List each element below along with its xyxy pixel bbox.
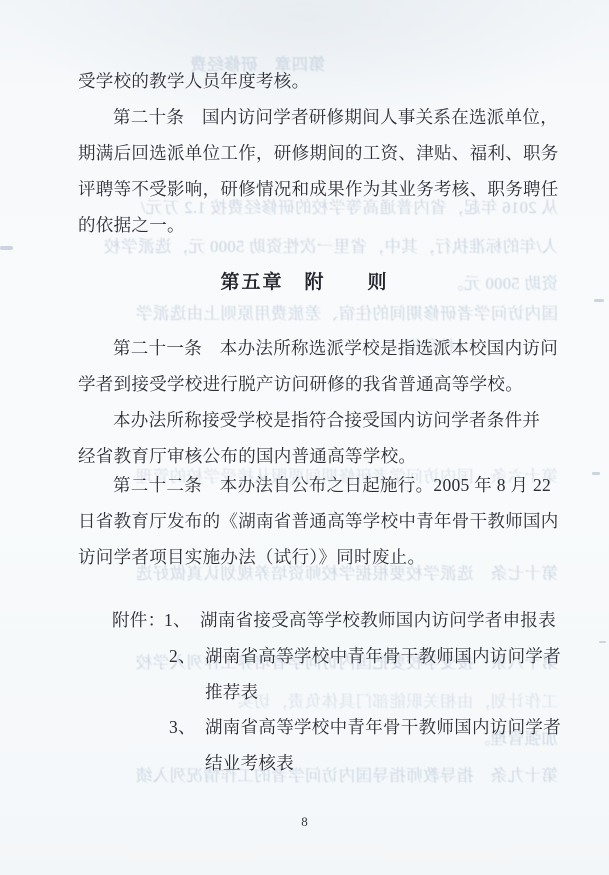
- scan-smudge: [599, 641, 606, 643]
- article-21-line-1: 第二十一条 本办法所称选派学校是指选派本校国内访问: [113, 337, 558, 360]
- bleedthrough-line: 工作计划，由相关职能部门具体负责，切实: [78, 691, 558, 713]
- scan-smudge: [594, 299, 604, 302]
- page-number: 8: [0, 814, 609, 830]
- attachment-3-title-line1: 湖南省高等学校中青年骨干教师国内访问学者: [205, 716, 561, 739]
- article-20-line-2: 期满后回选派单位工作，研修期间的工资、津贴、福利、职务: [78, 142, 559, 165]
- scan-smudge: [0, 246, 13, 250]
- attachment-3-number: 3、: [169, 716, 196, 739]
- article-21-line-3: 本办法所称接受学校是指符合接受国内访问学者条件并: [113, 409, 540, 432]
- article-20-line-1: 第二十条 国内访问学者研修期间人事关系在选派单位，: [113, 106, 558, 129]
- bleedthrough-line: 人/年的标准执行，其中，省里一次性资助 5000 元，选派学校: [78, 236, 558, 258]
- article-21-line-4: 经省教育厅审核公布的国内普通高等学校。: [78, 445, 416, 468]
- bleedthrough-line: 第十九条 指导教师指导国内访问学者的工作情况列入绩: [78, 765, 558, 787]
- article-22-line-1: 第二十二条 本办法自公布之日起施行。2005 年 8 月 22: [113, 474, 551, 497]
- scan-smudge: [592, 472, 600, 475]
- attachment-2-number: 2、: [169, 645, 196, 668]
- article-21-line-2: 学者到接受学校进行脱产访问研修的我省普通高等学校。: [78, 373, 523, 396]
- article-22-line-3: 访问学者项目实施办法（试行）》同时废止。: [78, 546, 425, 569]
- bleedthrough-line: 国内访问学者研修期间的住宿、差旅费用原则上由选派学: [78, 303, 558, 325]
- attachment-2-title-line2: 推荐表: [205, 681, 258, 704]
- attachment-3-title-line2: 结业考核表: [205, 752, 294, 775]
- attachment-2-title-line1: 湖南省高等学校中青年骨干教师国内访问学者: [205, 645, 561, 668]
- article-20-line-4: 的依据之一。: [78, 214, 185, 237]
- scanned-document-page: 第四章 研修经费 从 2016 年起，省内普通高等学校的研修经费按 1.2 万元…: [0, 0, 609, 875]
- body-line-continuation: 受学校的教学人员年度考核。: [78, 70, 309, 93]
- chapter-5-heading: 第五章 附 则: [0, 267, 609, 294]
- attachment-1-number: 1、: [164, 609, 191, 632]
- article-22-line-2: 日省教育厅发布的《湖南省普通高等学校中青年骨干教师国内: [78, 510, 559, 533]
- article-20-line-3: 评聘等不受影响，研修情况和成果作为其业务考核、职务聘任: [78, 178, 559, 201]
- attachment-1-title: 湖南省接受高等学校教师国内访问学者申报表: [200, 609, 556, 632]
- attachments-label: 附件：: [112, 609, 165, 632]
